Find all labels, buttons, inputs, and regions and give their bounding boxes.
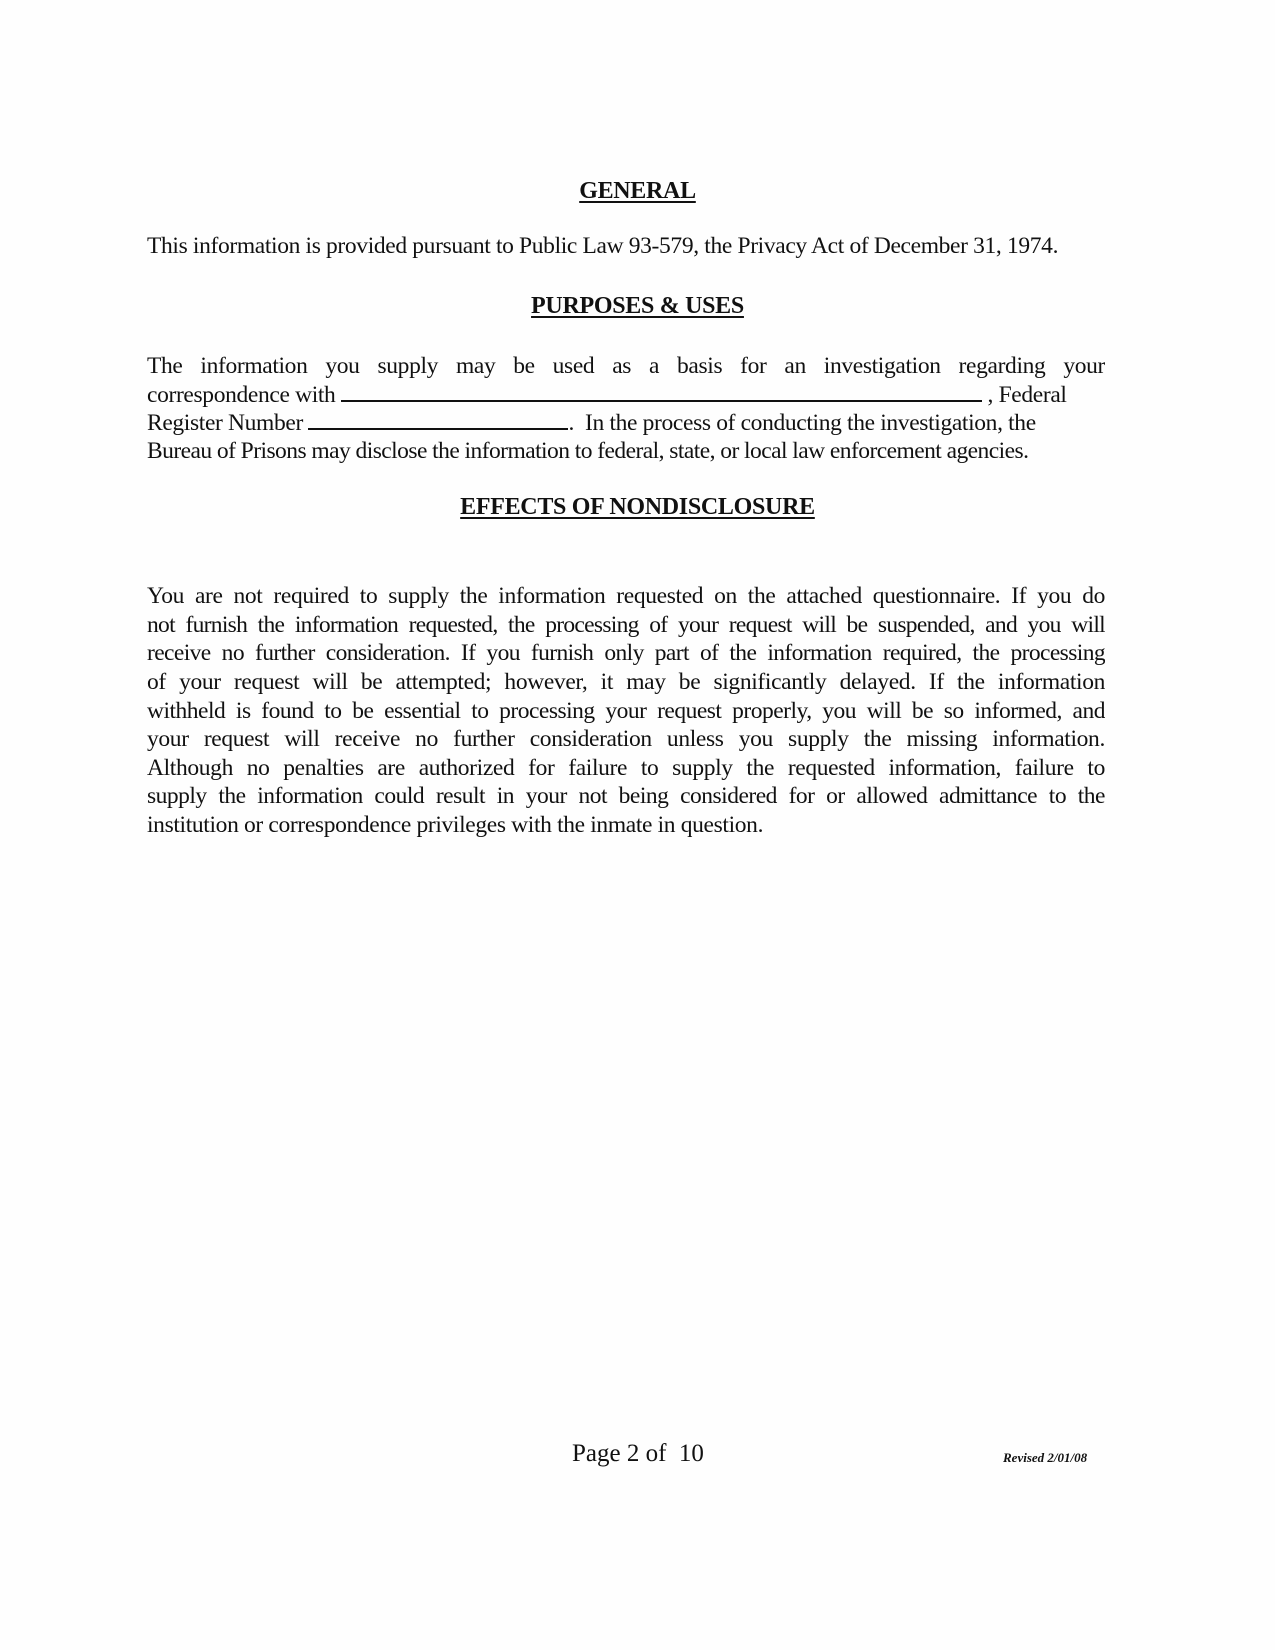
nondisclosure-line: your request will receive no further con…	[147, 725, 1105, 753]
register-number-label: Register Number	[147, 410, 303, 436]
page-number: Page 2 of 10	[572, 1440, 704, 1468]
nondisclosure-line: institution or correspondence privileges…	[147, 811, 1105, 839]
section-heading-purposes: PURPOSES & USES	[0, 293, 1275, 320]
general-text: This information is provided pursuant to…	[147, 232, 1105, 260]
register-number-field[interactable]	[308, 408, 568, 430]
section-heading-nondisclosure: EFFECTS OF NONDISCLOSURE	[0, 494, 1275, 521]
purposes-line-1: The information you supply may be used a…	[147, 352, 1105, 380]
correspondence-label: correspondence with	[147, 382, 335, 408]
nondisclosure-line: of your request will be attempted; howev…	[147, 668, 1105, 696]
federal-label: , Federal	[988, 382, 1067, 408]
nondisclosure-line: Although no penalties are authorized for…	[147, 754, 1105, 782]
nondisclosure-line: You are not required to supply the infor…	[147, 582, 1105, 610]
section-heading-general: GENERAL	[0, 178, 1275, 205]
nondisclosure-line: receive no further consideration. If you…	[147, 639, 1105, 667]
purposes-line-4: Bureau of Prisons may disclose the infor…	[147, 437, 1105, 465]
purposes-line-2: correspondence with , Federal	[147, 380, 1105, 409]
purposes-line-3-rest: . In the process of conducting the inves…	[568, 410, 1035, 436]
correspondence-with-field[interactable]	[341, 380, 982, 402]
nondisclosure-line: withheld is found to be essential to pro…	[147, 697, 1105, 725]
nondisclosure-line: supply the information could result in y…	[147, 782, 1105, 810]
revision-date: Revised 2/01/08	[1003, 1450, 1087, 1466]
nondisclosure-line: not furnish the information requested, t…	[147, 611, 1105, 639]
purposes-line-3: Register Number . In the process of cond…	[147, 408, 1105, 437]
